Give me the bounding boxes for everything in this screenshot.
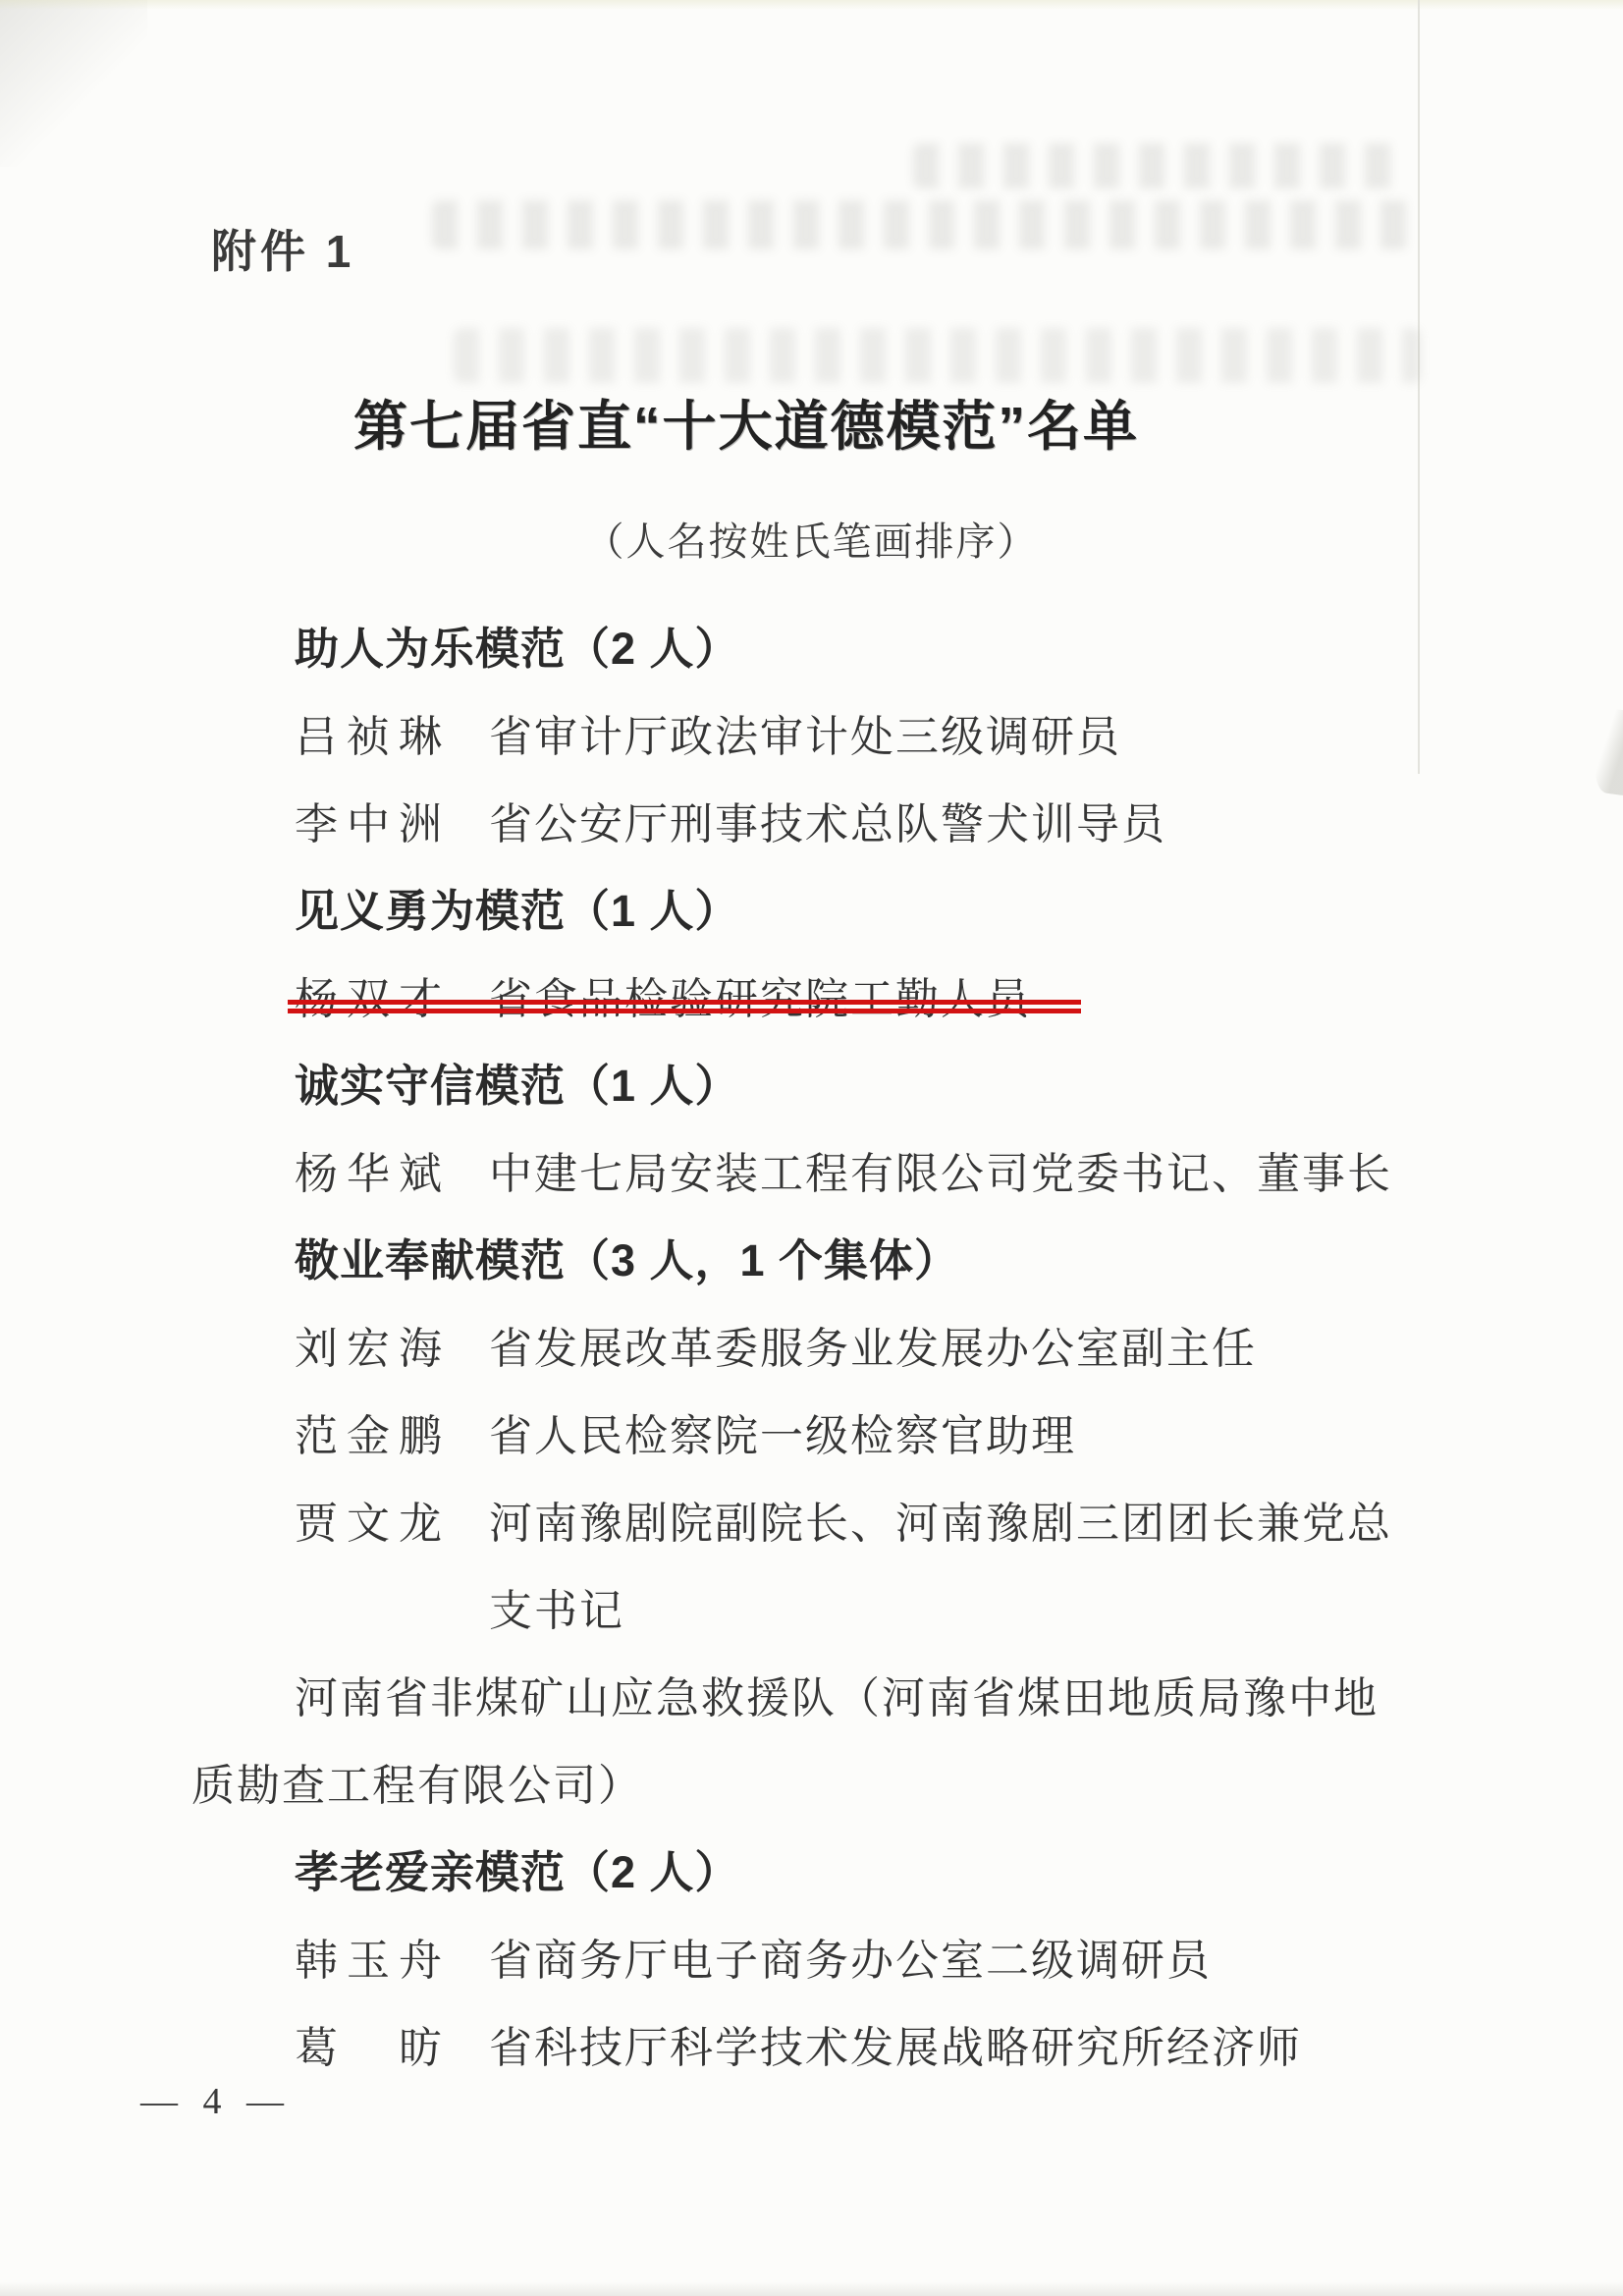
entry-desc: 河南豫剧院副院长、河南豫剧三团团长兼党总 [489, 1488, 1392, 1551]
entry-desc: 省公安厅刑事技术总队警犬训导员 [489, 789, 1166, 851]
entry-name: 吕祯琳 [295, 701, 444, 764]
scanned-document-page: 附件 1 第七届省直“十大道德模范”名单 （人名按姓氏笔画排序） 助人为乐模范（… [0, 0, 1623, 2296]
entry-name: 贾文龙 [295, 1488, 444, 1551]
list-entry-collective-continuation: 质勘查工程有限公司） [295, 1737, 1492, 1825]
list-entry: 李中洲 省公安厅刑事技术总队警犬训导员 [295, 776, 1492, 863]
document-title: 第七届省直“十大道德模范”名单 [0, 383, 1492, 461]
entry-desc: 省食品检验研究院工勤人员 [489, 963, 1031, 1026]
list-entry: 贾文龙 河南豫剧院副院长、河南豫剧三团团长兼党总 [295, 1475, 1492, 1562]
list-entry: 吕祯琳 省审计厅政法审计处三级调研员 [295, 688, 1492, 776]
entry-name: 杨华斌 [295, 1138, 444, 1201]
entry-name: 葛 昉 [295, 2012, 444, 2075]
document-subtitle: （人名按姓氏笔画排序） [0, 511, 1623, 567]
scan-corner-shadow [0, 0, 147, 167]
section-header-filial: 孝老爱亲模范（2 人） [295, 1825, 1492, 1912]
section-header-honesty: 诚实守信模范（1 人） [295, 1038, 1492, 1125]
bleedthrough-smudge [913, 143, 1399, 189]
entry-desc: 省人民检察院一级检察官助理 [489, 1400, 1076, 1463]
collective-name-line1: 河南省非煤矿山应急救援队（河南省煤田地质局豫中地 [295, 1663, 1379, 1725]
attachment-label: 附件 1 [211, 216, 354, 281]
list-entry: 葛 昉 省科技厅科学技术发展战略研究所经济师 [295, 1999, 1492, 2087]
section-header-helping-others: 助人为乐模范（2 人） [295, 601, 1492, 688]
entry-desc: 省商务厅电子商务办公室二级调研员 [489, 1925, 1212, 1988]
scan-edge-shadow-bottom [0, 2282, 1623, 2296]
list-entry-highlighted: 杨双才 省食品检验研究院工勤人员 [295, 951, 1492, 1038]
entry-desc-wrap: 支书记 [489, 1575, 624, 1638]
list-entry-collective: 河南省非煤矿山应急救援队（河南省煤田地质局豫中地 [295, 1650, 1492, 1737]
list-entry: 刘宏海 省发展改革委服务业发展办公室副主任 [295, 1300, 1492, 1388]
list-entry-continuation: 支书记 [295, 1562, 1492, 1650]
entry-desc: 中建七局安装工程有限公司党委书记、董事长 [489, 1138, 1392, 1201]
list-entry: 杨华斌 中建七局安装工程有限公司党委书记、董事长 [295, 1125, 1492, 1213]
entry-name: 李中洲 [295, 789, 444, 851]
bleedthrough-smudge [454, 328, 1421, 383]
list-body: 助人为乐模范（2 人） 吕祯琳 省审计厅政法审计处三级调研员 李中洲 省公安厅刑… [295, 601, 1492, 2087]
entry-desc: 省审计厅政法审计处三级调研员 [489, 701, 1121, 764]
scan-edge-shadow-top [0, 0, 1623, 10]
entry-name: 范金鹏 [295, 1400, 444, 1463]
list-entry: 韩玉舟 省商务厅电子商务办公室二级调研员 [295, 1912, 1492, 1999]
section-header-dedication: 敬业奉献模范（3 人，1 个集体） [295, 1213, 1492, 1300]
collective-name-line2: 质勘查工程有限公司） [191, 1750, 643, 1813]
entry-name: 杨双才 [295, 963, 444, 1026]
red-double-underline [288, 1000, 1081, 1013]
page-number: — 4 — [140, 2080, 292, 2123]
section-header-bravery: 见义勇为模范（1 人） [295, 863, 1492, 951]
paper-tear-mark [1590, 707, 1623, 795]
list-entry: 范金鹏 省人民检察院一级检察官助理 [295, 1388, 1492, 1475]
entry-desc: 省发展改革委服务业发展办公室副主任 [489, 1313, 1257, 1376]
entry-desc: 省科技厅科学技术发展战略研究所经济师 [489, 2012, 1302, 2075]
entry-name: 韩玉舟 [295, 1925, 444, 1988]
entry-name: 刘宏海 [295, 1313, 444, 1376]
bleedthrough-smudge [432, 200, 1409, 249]
